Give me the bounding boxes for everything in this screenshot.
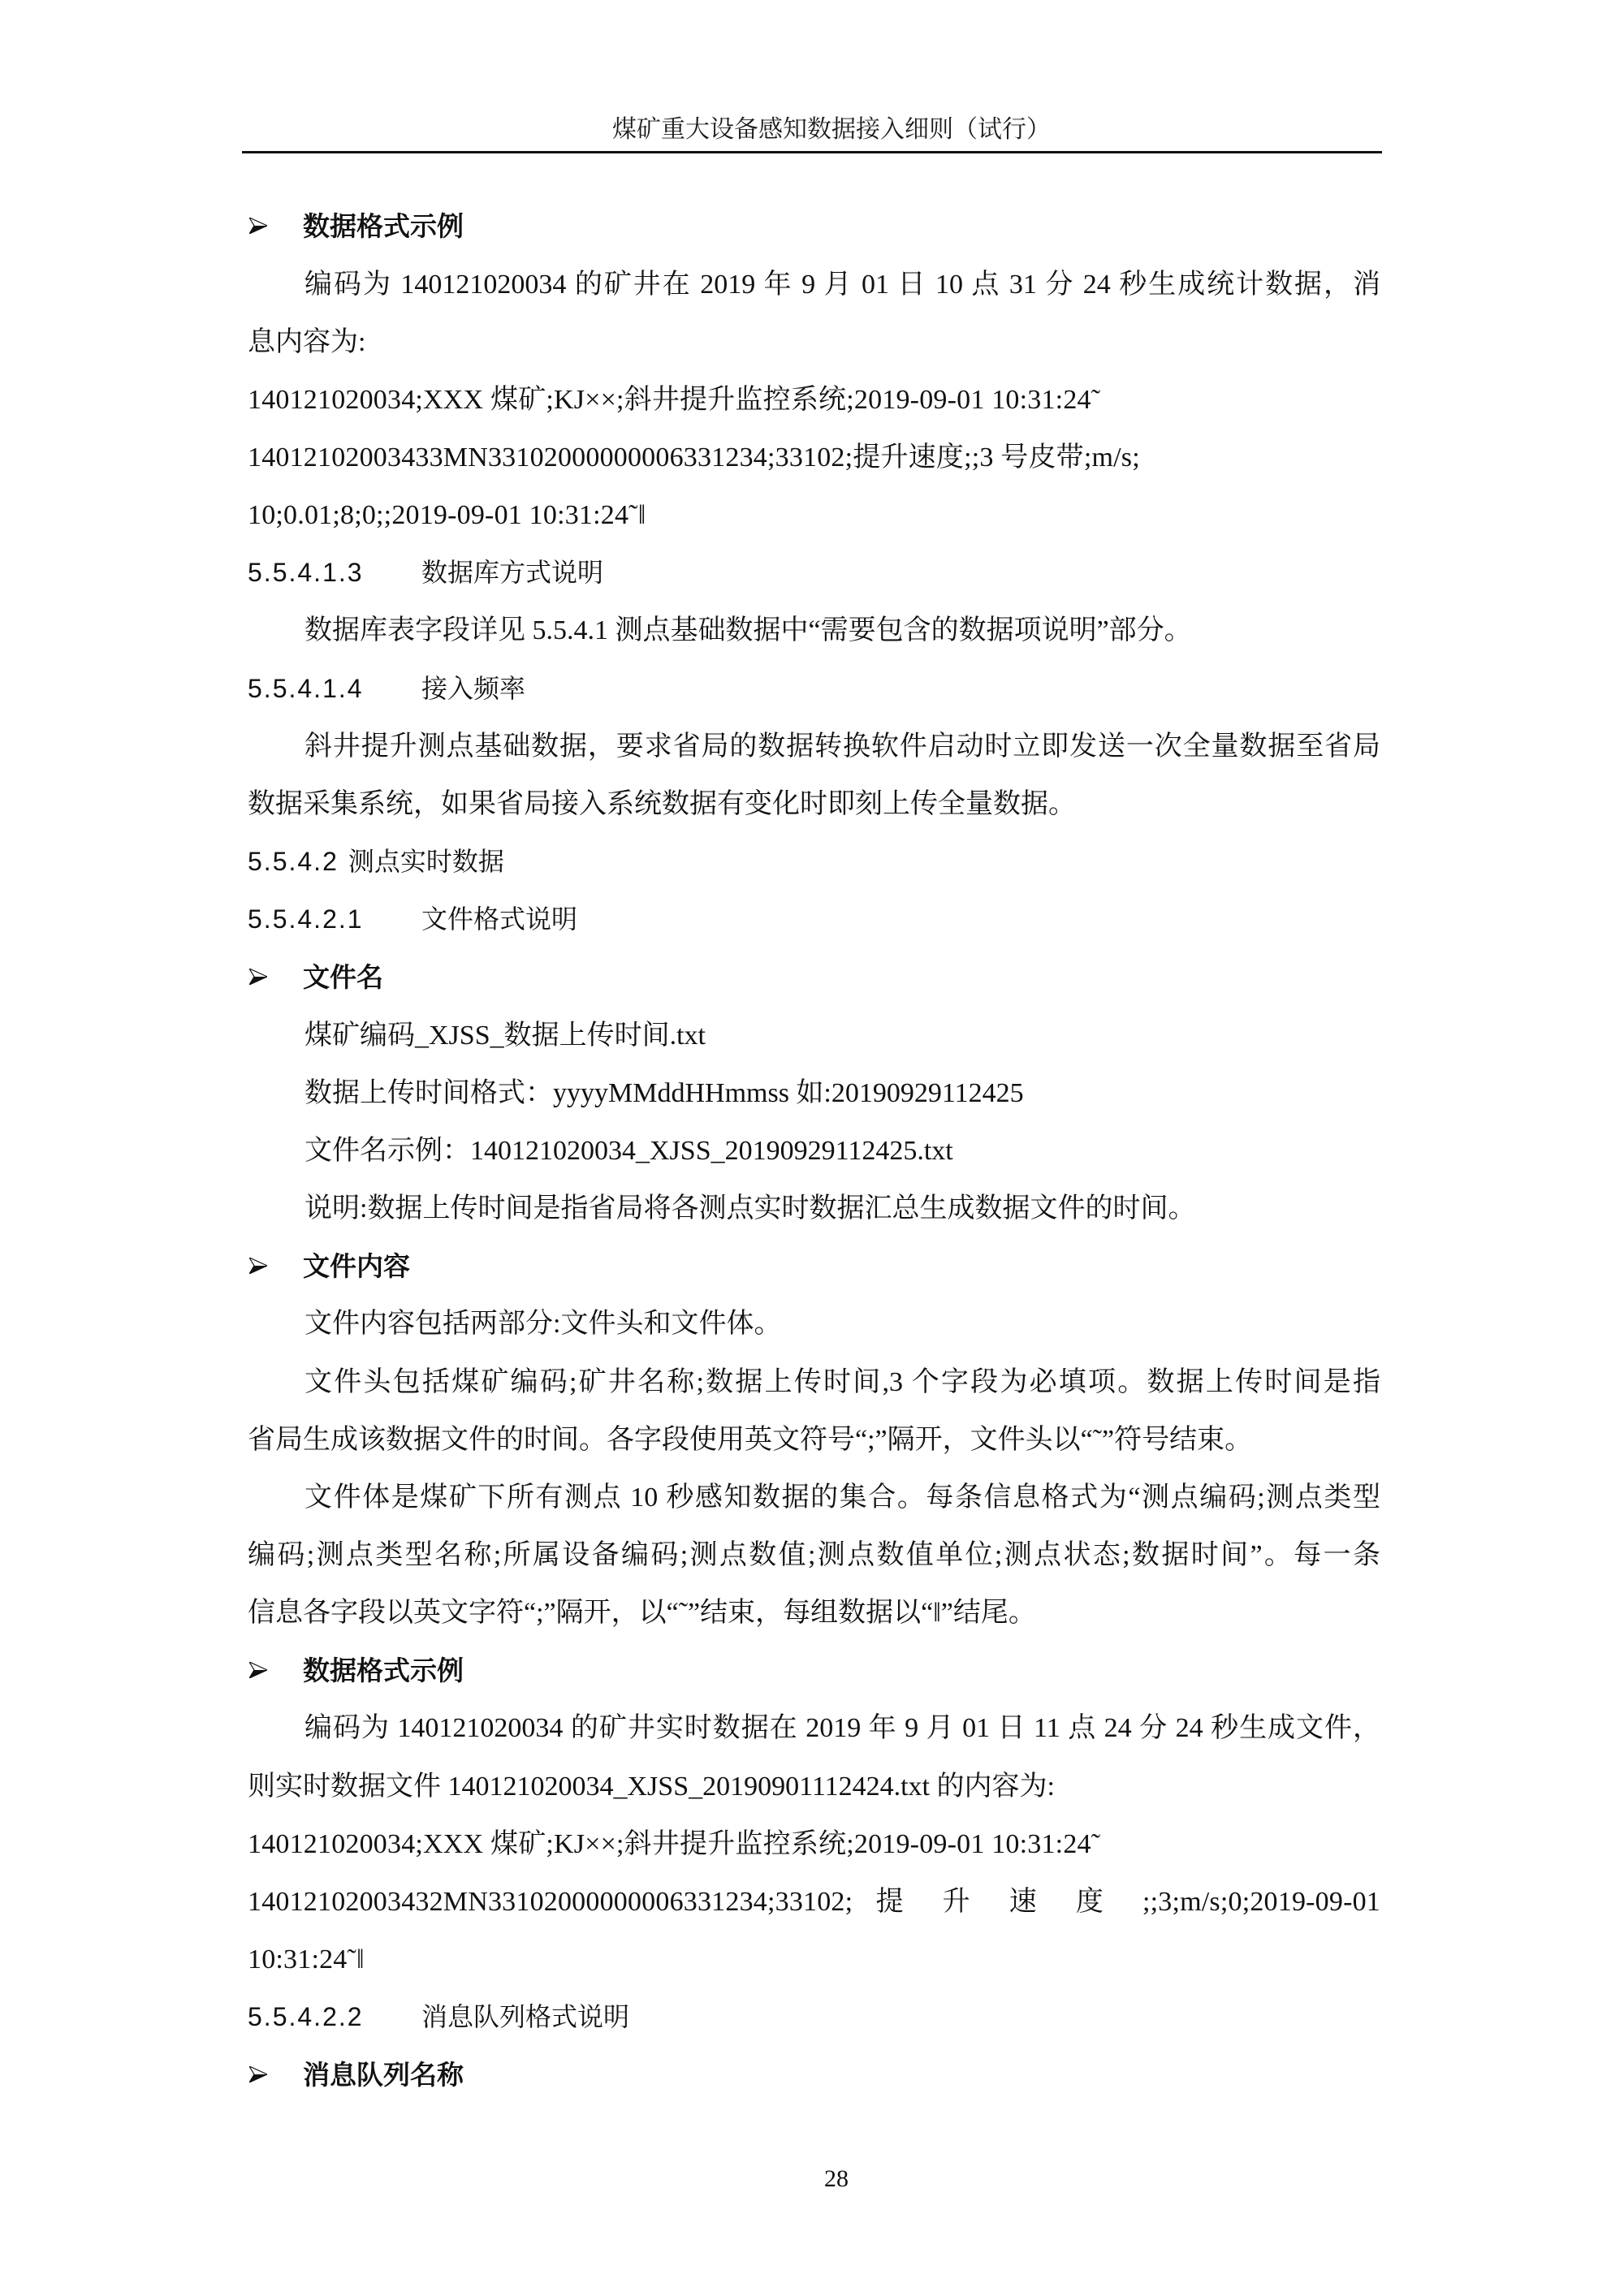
bullet-heading-file-name: 文件名: [248, 948, 1380, 1006]
page-header: 煤矿重大设备感知数据接入细则（试行）: [242, 112, 1382, 148]
arrow-bullet-icon: [248, 969, 303, 985]
paragraph-line: 文件内容包括两部分:文件头和文件体。: [248, 1295, 1380, 1353]
bullet-heading-file-content: 文件内容: [248, 1237, 1380, 1295]
arrow-bullet-icon: [248, 1258, 303, 1274]
header-rule: [242, 151, 1382, 153]
code-example-line: 14012102003433MN33102000000006331234;331…: [248, 429, 1380, 486]
section-title: 数据库方式说明: [421, 557, 603, 588]
paragraph-line: 编码;测点类型名称;所属设备编码;测点数值;测点数值单位;测点状态;数据时间”。…: [248, 1526, 1380, 1584]
paragraph-line: 数据采集系统，如果省局接入系统数据有变化时即刻上传全量数据。: [248, 775, 1380, 833]
paragraph-line: 煤矿编码_XJSS_数据上传时间.txt: [248, 1007, 1380, 1064]
paragraph-line: 数据库表字段详见 5.5.4.1 测点基础数据中“需要包含的数据项说明”部分。: [248, 602, 1380, 659]
page-number: 28: [796, 2163, 877, 2195]
section-heading-5-5-4-2-2: 5.5.4.2.2消息队列格式说明: [248, 1988, 1380, 2046]
section-heading-5-5-4-2-1: 5.5.4.2.1文件格式说明: [248, 891, 1380, 948]
paragraph-line: 息内容为:: [248, 313, 1380, 371]
section-number: 5.5.4.1.4: [248, 660, 421, 718]
code-example-line: 10:31:24˜‖: [248, 1931, 1380, 1988]
section-heading-5-5-4-1-4: 5.5.4.1.4接入频率: [248, 660, 1380, 718]
section-heading-5-5-4-1-3: 5.5.4.1.3数据库方式说明: [248, 544, 1380, 602]
section-title: 测点实时数据: [348, 846, 504, 877]
document-title: 煤矿重大设备感知数据接入细则（试行）: [612, 116, 1051, 143]
code-example-line: 140121020034;XXX 煤矿;KJ××;斜井提升监控系统;2019-0…: [248, 1815, 1380, 1873]
paragraph-line: 则实时数据文件 140121020034_XJSS_20190901112424…: [248, 1758, 1380, 1815]
document-body: 数据格式示例 编码为 140121020034 的矿井在 2019 年 9 月 …: [248, 197, 1380, 2104]
arrow-bullet-icon: [248, 1662, 303, 1678]
section-title: 文件格式说明: [421, 904, 577, 934]
paragraph-line: 编码为 140121020034 的矿井实时数据在 2019 年 9 月 01 …: [248, 1699, 1380, 1757]
code-example-line: 140121020034;XXX 煤矿;KJ××;斜井提升监控系统;2019-0…: [248, 371, 1380, 429]
paragraph-line: 省局生成该数据文件的时间。各字段使用英文符号“;”隔开，文件头以“˜”符号结束。: [248, 1411, 1380, 1469]
section-number: 5.5.4.2.2: [248, 1988, 421, 2046]
paragraph-line: 信息各字段以英文字符“;”隔开，以“˜”结束，每组数据以“‖”结尾。: [248, 1584, 1380, 1642]
section-heading-5-5-4-2: 5.5.4.2测点实时数据: [248, 833, 1380, 891]
code-example-line: 10;0.01;8;0;;2019-09-01 10:31:24˜‖: [248, 486, 1380, 544]
code-example-line: 14012102003432MN33102000000006331234;331…: [248, 1873, 1380, 1931]
paragraph-line: 数据上传时间格式：yyyyMMddHHmmss 如:20190929112425: [248, 1064, 1380, 1122]
section-title: 消息队列格式说明: [421, 2001, 629, 2032]
section-number: 5.5.4.2: [248, 833, 339, 891]
section-title: 接入频率: [421, 673, 525, 704]
paragraph-line: 编码为 140121020034 的矿井在 2019 年 9 月 01 日 10…: [248, 256, 1380, 313]
bullet-heading-message-queue-name: 消息队列名称: [248, 2046, 1380, 2104]
paragraph-line: 斜井提升测点基础数据，要求省局的数据转换软件启动时立即发送一次全量数据至省局: [248, 718, 1380, 775]
bullet-heading-data-format-example-2: 数据格式示例: [248, 1642, 1380, 1699]
paragraph-line: 文件头包括煤矿编码;矿井名称;数据上传时间,3 个字段为必填项。数据上传时间是指: [248, 1353, 1380, 1411]
paragraph-line: 文件名示例：140121020034_XJSS_20190929112425.t…: [248, 1122, 1380, 1180]
bullet-heading-data-format-example: 数据格式示例: [248, 197, 1380, 255]
paragraph-line: 说明:数据上传时间是指省局将各测点实时数据汇总生成数据文件的时间。: [248, 1180, 1380, 1237]
section-number: 5.5.4.2.1: [248, 891, 421, 948]
section-number: 5.5.4.1.3: [248, 544, 421, 602]
arrow-bullet-icon: [248, 218, 303, 234]
arrow-bullet-icon: [248, 2066, 303, 2082]
paragraph-line: 文件体是煤矿下所有测点 10 秒感知数据的集合。每条信息格式为“测点编码;测点类…: [248, 1469, 1380, 1526]
